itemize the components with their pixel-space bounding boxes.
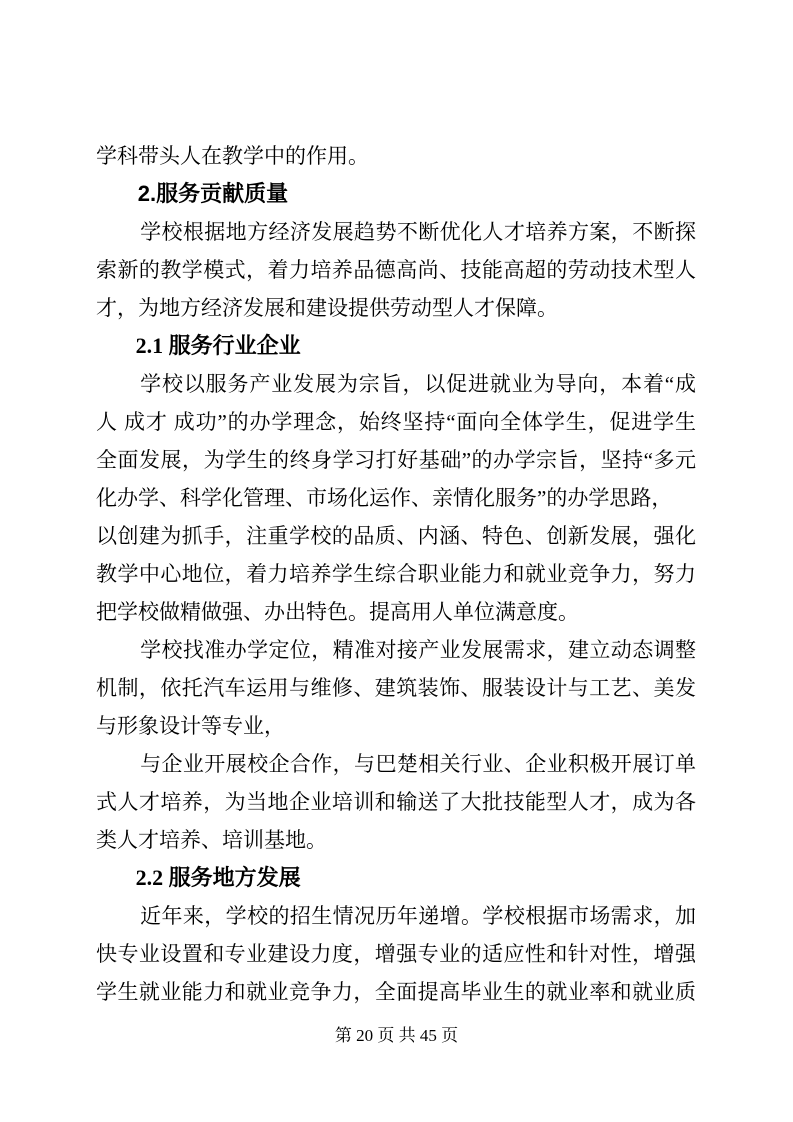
text-line: 类人才培养、培训基地。 <box>96 821 696 859</box>
page-number-footer: 第 20 页 共 45 页 <box>0 1022 793 1050</box>
text-line: 全面发展，为学生的终身学习打好基础”的办学宗旨，坚持“多元 <box>96 441 696 479</box>
text-line: 近年来，学校的招生情况历年递增。学校根据市场需求，加 <box>96 897 696 935</box>
document-body: 学科带头人在教学中的作用。 2.服务贡献质量 学校根据地方经济发展趋势不断优化人… <box>96 137 696 1011</box>
text-line: 快专业设置和专业建设力度，增强专业的适应性和针对性，增强 <box>96 935 696 973</box>
document-page: 学科带头人在教学中的作用。 2.服务贡献质量 学校根据地方经济发展趋势不断优化人… <box>0 0 793 1122</box>
text-line: 人 成才 成功”的办学理念，始终坚持“面向全体学生，促进学生 <box>96 403 696 441</box>
text-line: 才，为地方经济发展和建设提供劳动型人才保障。 <box>96 289 696 327</box>
text-line: 索新的教学模式，着力培养品德高尚、技能高超的劳动技术型人 <box>96 251 696 289</box>
text-line: 与企业开展校企合作，与巴楚相关行业、企业积极开展订单 <box>96 745 696 783</box>
subsection-heading-2-2: 2.2 服务地方发展 <box>96 859 696 897</box>
subsection-heading-2-1: 2.1 服务行业企业 <box>96 327 696 365</box>
text-line: 机制，依托汽车运用与维修、建筑装饰、服装设计与工艺、美发 <box>96 669 696 707</box>
section-heading-2: 2.服务贡献质量 <box>96 175 696 213</box>
text-line: 与形象设计等专业， <box>96 707 696 745</box>
text-line: 教学中心地位，着力培养学生综合职业能力和就业竞争力，努力 <box>96 555 696 593</box>
text-line: 把学校做精做强、办出特色。提高用人单位满意度。 <box>96 593 696 631</box>
text-line: 学校找准办学定位，精准对接产业发展需求，建立动态调整 <box>96 631 696 669</box>
text-line: 学校根据地方经济发展趋势不断优化人才培养方案，不断探 <box>96 213 696 251</box>
text-line: 学生就业能力和就业竞争力，全面提高毕业生的就业率和就业质 <box>96 973 696 1011</box>
text-line: 学校以服务产业发展为宗旨，以促进就业为导向，本着“成 <box>96 365 696 403</box>
text-line: 式人才培养，为当地企业培训和输送了大批技能型人才，成为各 <box>96 783 696 821</box>
text-line: 以创建为抓手，注重学校的品质、内涵、特色、创新发展，强化 <box>96 517 696 555</box>
text-line: 学科带头人在教学中的作用。 <box>96 137 696 175</box>
text-line: 化办学、科学化管理、市场化运作、亲情化服务”的办学思路， <box>96 479 696 517</box>
